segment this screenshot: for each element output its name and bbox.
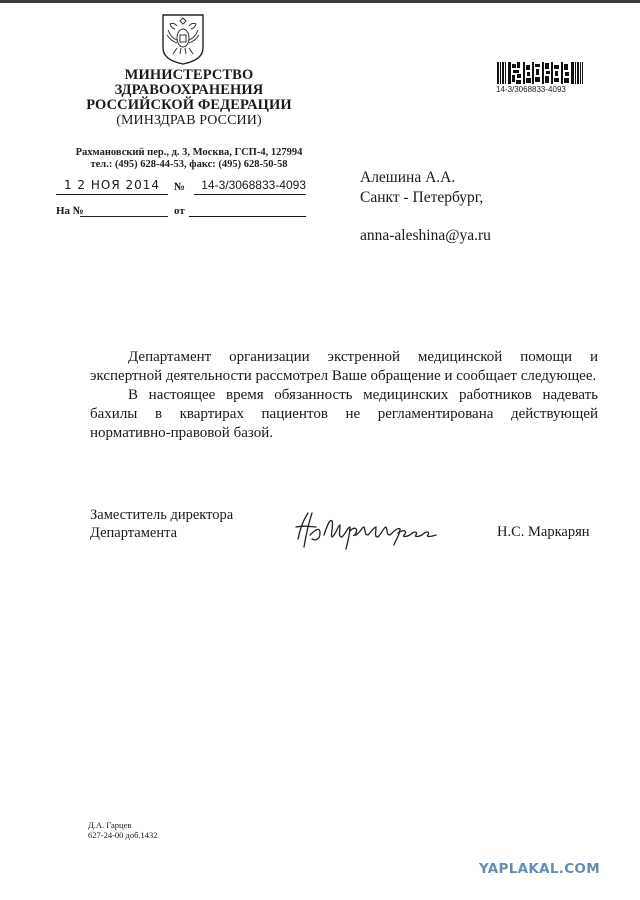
executor-name: Д.А. Гарцев [88, 820, 158, 830]
barcode-number: 14-3/3068833-4093 [496, 85, 586, 94]
ministry-address: Рахмановский пер., д. 3, Москва, ГСП-4, … [60, 147, 318, 171]
contact-line: тел.: (495) 628-44-53, факс: (495) 628-5… [60, 159, 318, 171]
signatory-position: Заместитель директора Департамента [90, 506, 233, 542]
ministry-name: МИНИСТЕРСТВО ЗДРАВООХРАНЕНИЯ РОССИЙСКОЙ … [70, 68, 308, 128]
position-line-1: Заместитель директора [90, 506, 233, 524]
ministry-short-name: (МИНЗДРАВ РОССИИ) [70, 113, 308, 128]
recipient-city: Санкт - Петербург, [360, 188, 491, 208]
reference-date-blank [189, 216, 306, 217]
ministry-line-2: ЗДРАВООХРАНЕНИЯ [70, 83, 308, 98]
ministry-line-1: МИНИСТЕРСТВО [70, 68, 308, 83]
handwritten-signature-icon [290, 505, 450, 555]
body-paragraph-2: В настоящее время обязанность медицински… [90, 386, 598, 443]
scan-top-edge [0, 0, 640, 3]
reference-number-blank [80, 216, 168, 217]
executor-info: Д.А. Гарцев 627-24-00 доб.1432 [88, 820, 158, 840]
address-line: Рахмановский пер., д. 3, Москва, ГСП-4, … [60, 147, 318, 159]
ministry-line-3: РОССИЙСКОЙ ФЕДЕРАЦИИ [70, 98, 308, 113]
reference-date-label: от [174, 205, 185, 217]
recipient-name: Алешина А.А. [360, 168, 491, 188]
outgoing-number: 14-3/3068833-4093 [194, 178, 306, 195]
executor-phone: 627-24-00 доб.1432 [88, 830, 158, 840]
number-label: № [174, 181, 185, 193]
barcode-2d-icon [497, 62, 583, 84]
position-line-2: Департамента [90, 524, 233, 542]
russian-coat-of-arms-icon [160, 12, 206, 66]
letter-body: Департамент организации экстренной медиц… [90, 348, 598, 443]
signer-name: Н.С. Маркарян [497, 524, 590, 541]
recipient-block: Алешина А.А. Санкт - Петербург, anna-ale… [360, 168, 491, 246]
date-stamp: 1 2 НОЯ 2014 [56, 178, 168, 195]
site-watermark: YAPLAKAL.COM [479, 861, 600, 877]
recipient-email: anna-aleshina@ya.ru [360, 226, 491, 246]
body-paragraph-1: Департамент организации экстренной медиц… [90, 348, 598, 386]
